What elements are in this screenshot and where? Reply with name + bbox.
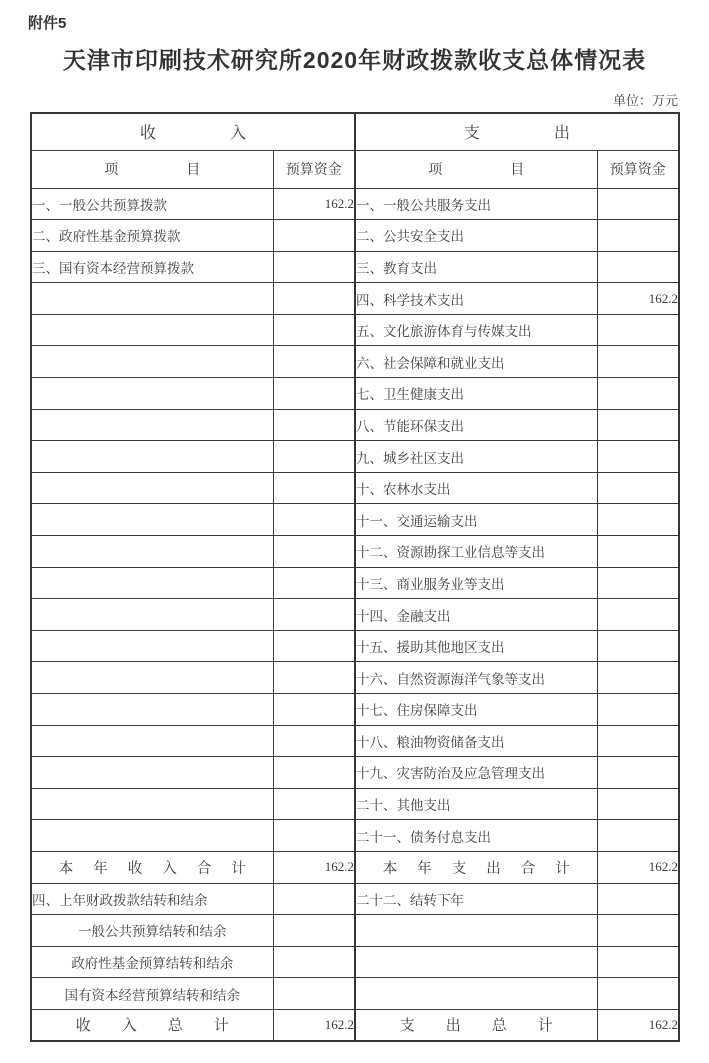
expense-value-cell	[597, 472, 679, 504]
income-item-column-header: 项目	[31, 150, 273, 188]
expense-item-cell: 八、节能环保支出	[355, 409, 597, 441]
expense-value-cell	[597, 314, 679, 346]
expense-item-cell: 十三、商业服务业等支出	[355, 567, 597, 599]
income-item-cell: 四、上年财政拨款结转和结余	[31, 883, 273, 915]
expense-item-cell: 七、卫生健康支出	[355, 378, 597, 410]
expense-value-cell	[597, 915, 679, 947]
table-row: 三、国有资本经营预算拨款三、教育支出	[31, 251, 679, 283]
table-row: 九、城乡社区支出	[31, 441, 679, 473]
expense-value-cell	[597, 441, 679, 473]
table-row: 十八、粮油物资储备支出	[31, 725, 679, 757]
table-row: 政府性基金预算结转和结余	[31, 946, 679, 978]
income-value-cell	[273, 314, 355, 346]
expense-item-cell: 十六、自然资源海洋气象等支出	[355, 662, 597, 694]
expense-value-cell	[597, 725, 679, 757]
expense-value-cell	[597, 536, 679, 568]
expense-item-cell: 十五、援助其他地区支出	[355, 630, 597, 662]
expense-item-cell: 十二、资源勘探工业信息等支出	[355, 536, 597, 568]
table-row: 收入总计162.2支出总计162.2	[31, 1009, 679, 1041]
expense-item-cell: 十一、交通运输支出	[355, 504, 597, 536]
table-row: 六、社会保障和就业支出	[31, 346, 679, 378]
table-row: 八、节能环保支出	[31, 409, 679, 441]
expense-item-cell: 支出总计	[355, 1009, 597, 1041]
table-row: 十五、援助其他地区支出	[31, 630, 679, 662]
income-item-cell	[31, 599, 273, 631]
expense-item-cell: 五、文化旅游体育与传媒支出	[355, 314, 597, 346]
income-item-cell: 一般公共预算结转和结余	[31, 915, 273, 947]
income-item-cell: 三、国有资本经营预算拨款	[31, 251, 273, 283]
expense-value-cell	[597, 504, 679, 536]
income-item-cell	[31, 820, 273, 852]
income-item-cell	[31, 757, 273, 789]
income-item-cell	[31, 472, 273, 504]
income-value-cell: 162.2	[273, 851, 355, 883]
expense-item-cell: 十七、住房保障支出	[355, 694, 597, 726]
table-row: 四、科学技术支出162.2	[31, 283, 679, 315]
income-value-column-header: 预算资金	[273, 150, 355, 188]
table-row: 十四、金融支出	[31, 599, 679, 631]
table-row: 本年收入合计162.2本年支出合计162.2	[31, 851, 679, 883]
income-value-cell	[273, 567, 355, 599]
expense-value-cell	[597, 346, 679, 378]
expense-item-cell: 一、一般公共服务支出	[355, 188, 597, 220]
expense-item-cell	[355, 978, 597, 1010]
income-value-cell	[273, 883, 355, 915]
table-row: 五、文化旅游体育与传媒支出	[31, 314, 679, 346]
page-title: 天津市印刷技术研究所2020年财政拨款收支总体情况表	[0, 42, 709, 75]
income-value-cell	[273, 378, 355, 410]
table-row: 二十、其他支出	[31, 788, 679, 820]
expense-item-cell: 二十、其他支出	[355, 788, 597, 820]
table-row: 十三、商业服务业等支出	[31, 567, 679, 599]
expense-item-cell	[355, 915, 597, 947]
expense-value-cell	[597, 788, 679, 820]
income-value-cell	[273, 630, 355, 662]
expense-value-cell: 162.2	[597, 851, 679, 883]
income-item-cell	[31, 378, 273, 410]
table-row: 十、农林水支出	[31, 472, 679, 504]
table-row: 十一、交通运输支出	[31, 504, 679, 536]
income-item-cell: 本年收入合计	[31, 851, 273, 883]
table-row: 二十一、债务付息支出	[31, 820, 679, 852]
income-value-cell	[273, 409, 355, 441]
expense-value-cell	[597, 251, 679, 283]
expense-value-cell	[597, 883, 679, 915]
expense-item-cell: 本年支出合计	[355, 851, 597, 883]
budget-table: 收入 支出 项目 预算资金 项目 预算资金 一、一般公共预算拨款162.2一、一…	[30, 112, 680, 1042]
table-row: 十九、灾害防治及应急管理支出	[31, 757, 679, 789]
income-item-cell	[31, 441, 273, 473]
expense-value-cell	[597, 757, 679, 789]
expense-value-cell	[597, 599, 679, 631]
income-value-cell	[273, 251, 355, 283]
expense-item-cell: 三、教育支出	[355, 251, 597, 283]
income-value-cell	[273, 820, 355, 852]
expense-item-cell: 六、社会保障和就业支出	[355, 346, 597, 378]
expense-value-cell	[597, 820, 679, 852]
income-value-cell	[273, 978, 355, 1010]
expense-item-column-header: 项目	[355, 150, 597, 188]
expense-value-cell	[597, 567, 679, 599]
income-value-cell: 162.2	[273, 1009, 355, 1041]
income-value-cell	[273, 725, 355, 757]
income-value-cell	[273, 504, 355, 536]
income-item-cell	[31, 283, 273, 315]
expense-item-cell: 二、公共安全支出	[355, 220, 597, 252]
income-value-cell	[273, 915, 355, 947]
income-item-cell	[31, 662, 273, 694]
income-item-cell	[31, 409, 273, 441]
income-item-cell	[31, 567, 273, 599]
table-row: 国有资本经营预算结转和结余	[31, 978, 679, 1010]
income-item-cell	[31, 346, 273, 378]
unit-note: 单位：万元	[613, 90, 678, 109]
expense-value-cell	[597, 946, 679, 978]
expense-item-cell: 二十一、债务付息支出	[355, 820, 597, 852]
income-value-cell	[273, 694, 355, 726]
expense-value-cell	[597, 694, 679, 726]
expense-item-cell: 十、农林水支出	[355, 472, 597, 504]
expense-value-cell	[597, 220, 679, 252]
table-body: 一、一般公共预算拨款162.2一、一般公共服务支出二、政府性基金预算拨款二、公共…	[31, 188, 679, 1041]
income-value-cell	[273, 662, 355, 694]
income-value-cell	[273, 346, 355, 378]
income-value-cell	[273, 220, 355, 252]
expense-value-cell	[597, 188, 679, 220]
table-row: 七、卫生健康支出	[31, 378, 679, 410]
income-item-cell: 国有资本经营预算结转和结余	[31, 978, 273, 1010]
table-header-row: 收入 支出	[31, 113, 679, 150]
table-row: 一般公共预算结转和结余	[31, 915, 679, 947]
income-item-cell	[31, 314, 273, 346]
income-value-cell: 162.2	[273, 188, 355, 220]
income-item-cell	[31, 694, 273, 726]
income-item-cell	[31, 725, 273, 757]
expense-value-cell: 162.2	[597, 1009, 679, 1041]
income-item-cell: 收入总计	[31, 1009, 273, 1041]
expense-item-cell: 十八、粮油物资储备支出	[355, 725, 597, 757]
table-row: 十七、住房保障支出	[31, 694, 679, 726]
expense-value-cell	[597, 978, 679, 1010]
income-item-cell	[31, 504, 273, 536]
expense-item-cell: 二十二、结转下年	[355, 883, 597, 915]
income-item-cell: 一、一般公共预算拨款	[31, 188, 273, 220]
income-value-cell	[273, 472, 355, 504]
income-value-cell	[273, 283, 355, 315]
expense-item-cell: 四、科学技术支出	[355, 283, 597, 315]
expense-item-cell	[355, 946, 597, 978]
expense-item-cell: 十九、灾害防治及应急管理支出	[355, 757, 597, 789]
expense-value-cell	[597, 662, 679, 694]
expense-item-cell: 十四、金融支出	[355, 599, 597, 631]
table-row: 一、一般公共预算拨款162.2一、一般公共服务支出	[31, 188, 679, 220]
attachment-label: 附件5	[28, 12, 66, 33]
table-row: 四、上年财政拨款结转和结余二十二、结转下年	[31, 883, 679, 915]
income-value-cell	[273, 441, 355, 473]
income-value-cell	[273, 757, 355, 789]
expense-value-column-header: 预算资金	[597, 150, 679, 188]
income-item-cell: 政府性基金预算结转和结余	[31, 946, 273, 978]
table-row: 二、政府性基金预算拨款二、公共安全支出	[31, 220, 679, 252]
expense-item-cell: 九、城乡社区支出	[355, 441, 597, 473]
income-value-cell	[273, 788, 355, 820]
expense-value-cell	[597, 409, 679, 441]
income-item-cell: 二、政府性基金预算拨款	[31, 220, 273, 252]
expense-value-cell: 162.2	[597, 283, 679, 315]
expense-value-cell	[597, 630, 679, 662]
income-value-cell	[273, 536, 355, 568]
expense-section-header: 支出	[355, 113, 679, 150]
table-row: 十六、自然资源海洋气象等支出	[31, 662, 679, 694]
income-value-cell	[273, 946, 355, 978]
expense-value-cell	[597, 378, 679, 410]
table-subheader-row: 项目 预算资金 项目 预算资金	[31, 150, 679, 188]
income-item-cell	[31, 788, 273, 820]
income-section-header: 收入	[31, 113, 355, 150]
income-item-cell	[31, 630, 273, 662]
table-row: 十二、资源勘探工业信息等支出	[31, 536, 679, 568]
income-value-cell	[273, 599, 355, 631]
income-item-cell	[31, 536, 273, 568]
